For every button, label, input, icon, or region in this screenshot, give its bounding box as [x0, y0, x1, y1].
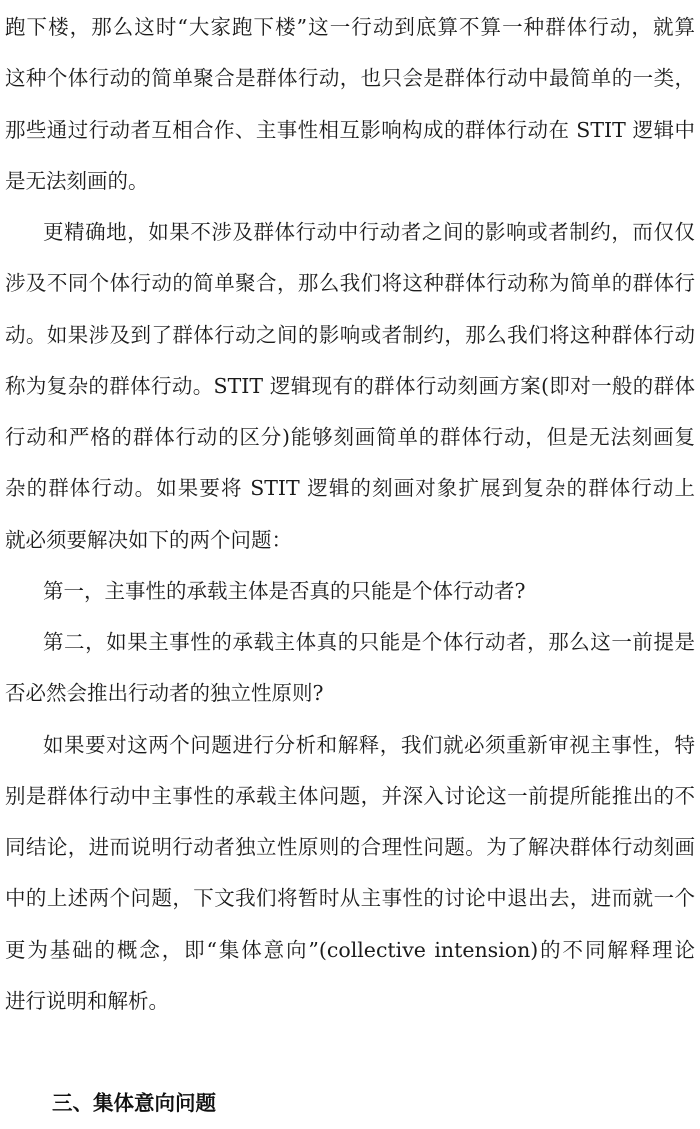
paragraph-line: 动。如果涉及到了群体行动之间的影响或者制约，那么我们将这种群体行动 [5, 310, 695, 361]
section-heading: 三、集体意向问题 [5, 1078, 695, 1129]
paragraph-line: 是无法刻画的。 [5, 156, 695, 207]
blank-line [5, 1027, 695, 1078]
paragraph-line: 第二，如果主事性的承载主体真的只能是个体行动者，那么这一前提是 [5, 617, 695, 668]
paragraph-line: 别是群体行动中主事性的承载主体问题，并深入讨论这一前提所能推出的不 [5, 771, 695, 822]
paragraph-line: 中的上述两个问题，下文我们将暂时从主事性的讨论中退出去，进而就一个 [5, 873, 695, 924]
paragraph-line: 杂的群体行动。如果要将 STIT 逻辑的刻画对象扩展到复杂的群体行动上去， [5, 463, 695, 514]
paragraph-line: 那些通过行动者互相合作、主事性相互影响构成的群体行动在 STIT 逻辑中 [5, 105, 695, 156]
paragraph-line: 同结论，进而说明行动者独立性原则的合理性问题。为了解决群体行动刻画 [5, 822, 695, 873]
paragraph-line: 如果要对这两个问题进行分析和解释，我们就必须重新审视主事性，特 [5, 720, 695, 771]
paragraph-line: 跑下楼，那么这时“大家跑下楼”这一行动到底算不算一种群体行动，就算 [5, 2, 695, 53]
paragraph-line: 这种个体行动的简单聚合是群体行动，也只会是群体行动中最简单的一类， [5, 53, 695, 104]
paragraph-line: 更为基础的概念，即“集体意向”(collective intension)的不同… [5, 925, 695, 976]
paragraph-line: 涉及不同个体行动的简单聚合，那么我们将这种群体行动称为简单的群体行 [5, 258, 695, 309]
document-page: 跑下楼，那么这时“大家跑下楼”这一行动到底算不算一种群体行动，就算 这种个体行动… [0, 0, 700, 1129]
paragraph-line: 否必然会推出行动者的独立性原则? [5, 668, 695, 719]
paragraph-line: 行动和严格的群体行动的区分)能够刻画简单的群体行动，但是无法刻画复 [5, 412, 695, 463]
paragraph-line: 更精确地，如果不涉及群体行动中行动者之间的影响或者制约，而仅仅 [5, 207, 695, 258]
paragraph-line: 进行说明和解析。 [5, 976, 695, 1027]
paragraph-line: 称为复杂的群体行动。STIT 逻辑现有的群体行动刻画方案(即对一般的群体 [5, 361, 695, 412]
paragraph-line: 第一，主事性的承载主体是否真的只能是个体行动者? [5, 566, 695, 617]
paragraph-line: 就必须要解决如下的两个问题： [5, 515, 695, 566]
